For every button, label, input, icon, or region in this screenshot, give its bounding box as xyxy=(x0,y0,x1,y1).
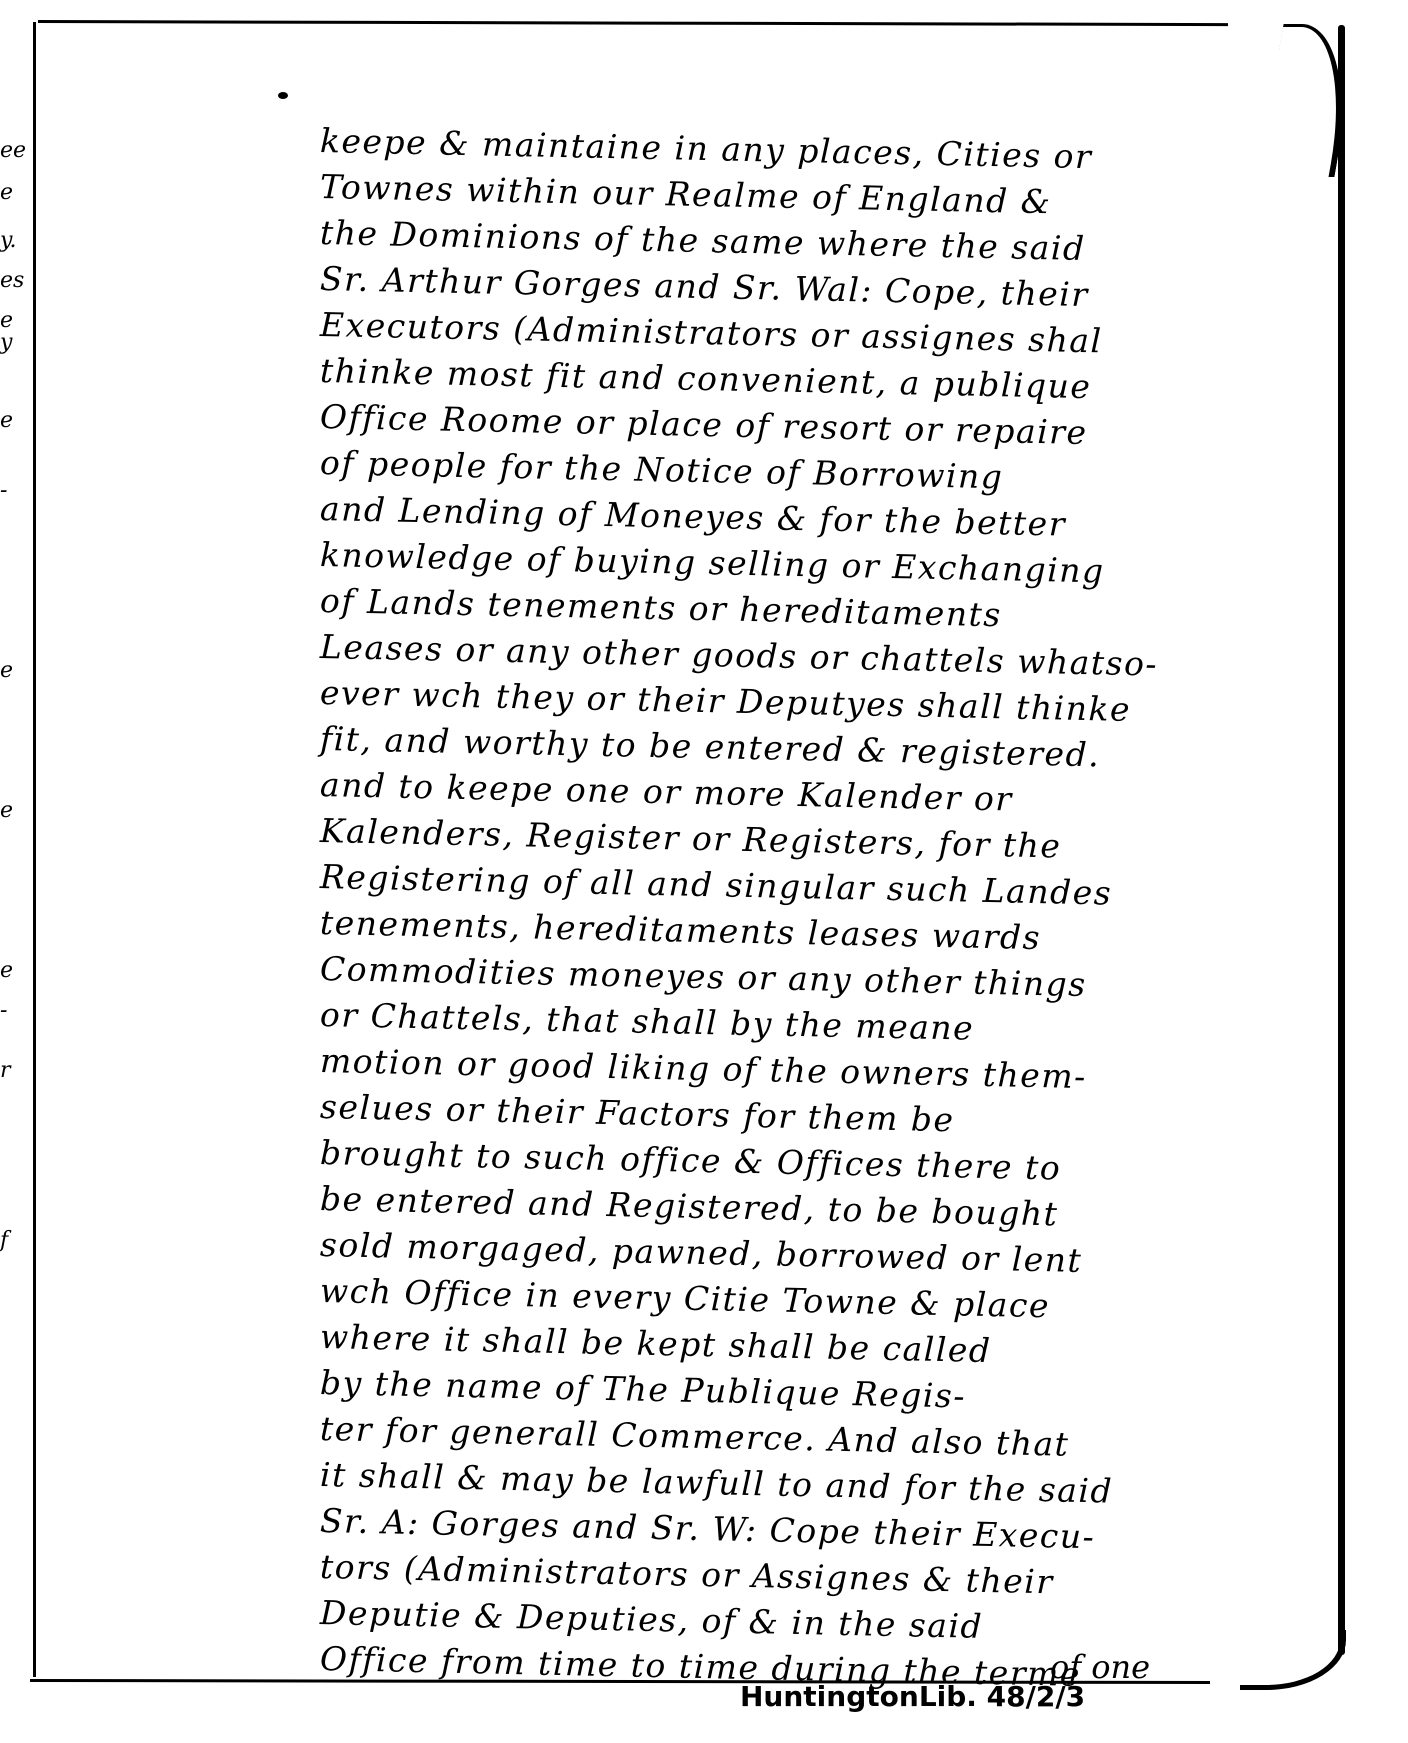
margin-fragment: e xyxy=(0,960,13,982)
margin-fragment: y xyxy=(0,332,12,354)
ink-blot xyxy=(278,92,288,99)
manuscript-body: keepe & maintaine in any places, Cities … xyxy=(320,118,1340,1682)
margin-fragment: y. xyxy=(0,230,17,252)
margin-fragment: f xyxy=(0,1230,8,1252)
page-edge-left xyxy=(33,22,36,1677)
margin-fragment: es xyxy=(0,270,24,292)
archive-reference: HuntingtonLib. 48/2/3 xyxy=(740,1680,1085,1713)
catchword: of one xyxy=(1050,1648,1150,1686)
margin-fragment: e xyxy=(0,182,13,204)
margin-fragment: - xyxy=(0,1000,7,1022)
margin-fragment: ee xyxy=(0,140,26,162)
margin-fragment: e xyxy=(0,410,13,432)
page-edge-top xyxy=(38,20,1228,26)
margin-fragment: r xyxy=(0,1060,11,1082)
facing-page-margin: ee e y. es e y e - e e e - r f xyxy=(0,120,32,1520)
margin-fragment: e xyxy=(0,660,13,682)
margin-fragment: e xyxy=(0,800,13,822)
margin-fragment: e xyxy=(0,310,13,332)
margin-fragment: - xyxy=(0,480,7,502)
manuscript-scan: ee e y. es e y e - e e e - r f keepe & m… xyxy=(0,0,1408,1743)
